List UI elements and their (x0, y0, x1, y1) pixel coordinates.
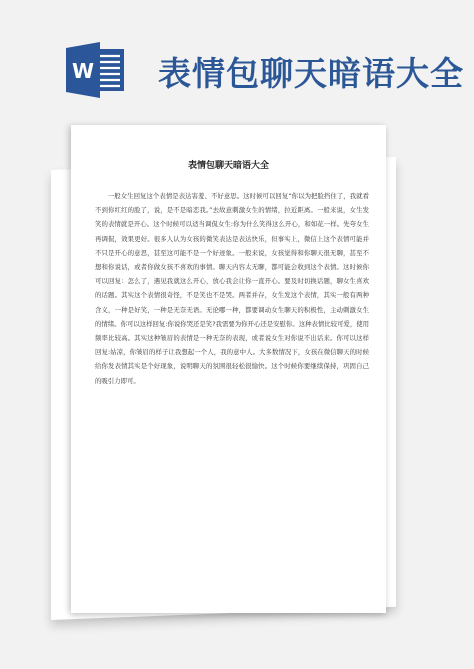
header-title: 表情包聊天暗语大全 (158, 48, 464, 95)
word-document-icon: W (66, 42, 126, 98)
document-title: 表情包聊天暗语大全 (71, 158, 386, 171)
header-banner: W 表情包聊天暗语大全 (0, 0, 474, 125)
document-page: 表情包聊天暗语大全 一般女生回复这个表情是表达害羞、不好意思。这时候可以回复“你… (71, 125, 386, 613)
document-body: 一般女生回复这个表情是表达害羞、不好意思。这时候可以回复“你以为把脸挡住了，我就… (95, 189, 369, 388)
word-icon-letter: W (72, 59, 94, 83)
